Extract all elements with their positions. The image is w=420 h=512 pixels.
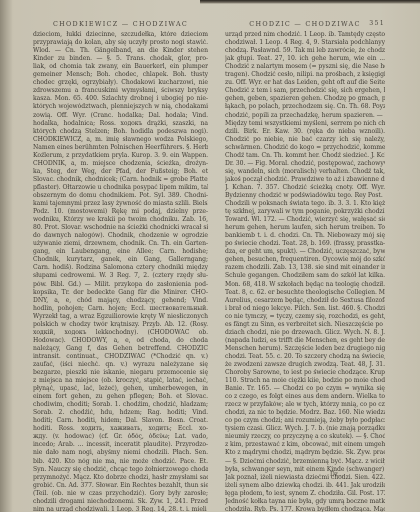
text-line: nie dało nam nogi, abyśmy niemi chodzili… bbox=[33, 449, 208, 457]
text-line: Choroby Sarowne, to iest po świecie chod… bbox=[225, 369, 385, 377]
text-line: Sorab. 2. chodźić, hdu, hdzem; Rag. hodi… bbox=[33, 409, 208, 417]
text-line: dza, er geht um, spukt). — Chodzić, uczę… bbox=[225, 248, 385, 256]
catchword: Dz... bbox=[330, 471, 344, 478]
page-number: 351 bbox=[369, 20, 385, 28]
text-line: Teat. 8, c. 62. er besuchte theologische… bbox=[225, 289, 385, 297]
text-line: bib. 420. Kto nóg nie ma, nie może chodz… bbox=[33, 458, 208, 466]
text-line: Koźlerum, z przydatkiem pryla. Kurop. 3.… bbox=[33, 152, 208, 160]
text-line: Wlod. — Cn. Th. Gängelband, an die Kinde… bbox=[33, 47, 208, 55]
text-line: hoditi. Ross. ходить, хаживать, ходить; … bbox=[33, 425, 208, 433]
text-line: grobić. Cn. Ad. 377. Słowar. Ein Rechtes… bbox=[33, 482, 208, 490]
text-line: gemeiner Mensch; Boh. chodec, chlapek. B… bbox=[33, 71, 208, 79]
text-line: Podz. 10. (mostowemi) Rękę mi podaj, dzi… bbox=[33, 208, 208, 216]
text-line: Kto z mądrymi chodzi, mądrym będzie. Sk.… bbox=[225, 449, 385, 457]
text-line: gang, ein Laubengang, eine Allee; Carn. … bbox=[33, 248, 208, 256]
text-line: gehen, geben, spazieren gehen. Chodzę po… bbox=[225, 95, 385, 103]
text-line: einem fort gehen, zu gehen pflegen; Boh.… bbox=[33, 393, 208, 401]
text-line: była, schwanger seyn, mit einem Kinde (s… bbox=[225, 466, 385, 474]
text-line: Chodzili w poksnach świata tego. ib. 3. … bbox=[225, 200, 385, 208]
text-line: Namen eines berühmten Polnischen Heerfüh… bbox=[33, 144, 208, 152]
text-line: Toward. Wl. 172. — Chodzić, wierzyć się,… bbox=[225, 216, 385, 224]
text-line: nieumiy rzeczy, co przyczynę a co skutek… bbox=[225, 433, 385, 441]
text-line: Bydzienny chodzić w podświadówku tego. R… bbox=[225, 192, 385, 200]
text-line: używanie ziemi, drzewnem, chodnik. Cn. T… bbox=[33, 240, 208, 248]
text-line: z miejsca na miejsce (ob. kroczyć, stąpi… bbox=[33, 377, 208, 385]
text-line: — §. Dziećmi chodzić, brzemienną być. Mą… bbox=[225, 458, 385, 466]
text-line: iżeli synem albo dziewką chodzi. ib. 441… bbox=[225, 482, 385, 490]
text-line: Syn. Nauczy się chodzić, chcąc tego żołn… bbox=[33, 466, 208, 474]
text-line: Jak poznał, iżeli niewiasta dziećmi chod… bbox=[225, 474, 385, 482]
text-line: intransit. continuat., CHODZIWAC (*Chodz… bbox=[33, 353, 208, 361]
text-line: 80. Prot. Slovar. wschodnie na ścieżki c… bbox=[33, 224, 208, 232]
text-line: tysiem czasi. Glicz. Wych. J. 7. b. (nie… bbox=[225, 425, 385, 433]
text-line: Chodź tam. Cn. Th. kommt her. Chodź sied… bbox=[225, 152, 385, 160]
text-line: Chodzić po niebie, nie bać czarzy ich si… bbox=[225, 136, 385, 144]
text-line: hodlin, pohojen; Carn. hojen; Eccl. шест… bbox=[33, 305, 208, 313]
text-line: obszernym do domu chodnikiem. Pot. Syl. … bbox=[33, 192, 208, 200]
text-line: chodzili drogami niechodzonemi. Sk. Żyw.… bbox=[33, 498, 208, 506]
text-line: Wyrzekł tag, a wraz Egzuiliorowie kręty … bbox=[33, 313, 208, 321]
text-line: płynąć, upasć, lać, leżeć), gehen, umher… bbox=[33, 385, 208, 393]
text-line: chodziła. Ryb. Ps. 177. Krowa bydłem cho… bbox=[225, 506, 385, 512]
text-line: zaufać, (iści niechć. qn. v.) wyrazu nal… bbox=[33, 361, 208, 369]
text-line: chodziwał. 1 Leop. 4 Reg. 4, 9. Starsiał… bbox=[225, 39, 385, 47]
right-running-head: CHODZIC — CHODZIWAC bbox=[249, 20, 360, 28]
text-line: жду. (v. hodowac) (cf. Gr. ὁδός, ὁδεύω; … bbox=[33, 433, 208, 441]
text-line: CHODKIEWICZ, a, m. imię sławnego wodza P… bbox=[33, 136, 208, 144]
text-line: co nie tymczy, = tyczy, czemy się, rozch… bbox=[225, 313, 385, 321]
text-line: przyprawiają do kolan, aby się uczyły pr… bbox=[33, 39, 208, 47]
text-line: tragen). Chodzić cesło, nilipi. na prośb… bbox=[225, 71, 385, 79]
text-line: Kinder zu binden. — §. 5. Trans. chodak,… bbox=[33, 55, 208, 63]
text-line: bankiemb t. i. d. chodzi. Cn. Th. Niebow… bbox=[225, 232, 385, 240]
right-running-head-container: CHODZIC — CHODZIWAC 351 bbox=[225, 20, 385, 28]
text-line: zu. Off. Wyr. er hat das Leiden, geht of… bbox=[225, 79, 385, 87]
text-line: ходкій, ходокъ lekkochodny). (CHODOWAC o… bbox=[33, 329, 208, 337]
text-line: których chodzą Stelzen; Boh. hodidla pod… bbox=[33, 128, 208, 136]
text-line: dzili. Birk. Er. Kaw. 30. (ręka do nieba… bbox=[225, 128, 385, 136]
text-line: CHODNIK, a, m. miejsce chodzenia, ścieżk… bbox=[33, 160, 208, 168]
text-line: kasza. Mon. 65. 400. Szlachty drobnej i … bbox=[33, 95, 208, 103]
text-line: bezgarze, pieszki nie iskanie, niegaru p… bbox=[33, 369, 208, 377]
text-line: incedo; Arab. ... incessit, inceratit pl… bbox=[33, 441, 208, 449]
text-line: razem chodzili. Zab. 13, 138. sie sind m… bbox=[225, 264, 385, 272]
text-line: chodzą. Pasławnd. 59. Tak mi leb zawróci… bbox=[225, 47, 385, 55]
text-line: gehen, besuchen, frequentiren. Oycowie m… bbox=[225, 256, 385, 264]
text-line: których województwach, plenniejszych w n… bbox=[33, 103, 208, 111]
text-line: polskich w chodzy twór krątniszy. Przyb.… bbox=[33, 321, 208, 329]
text-line: herum gehen, herum laufen, sich herum tr… bbox=[225, 224, 385, 232]
text-line: dzieciom, łukki dziecinne, szczudełka, k… bbox=[33, 31, 208, 39]
text-line: chodzi. Teat. 55. c. 20. To szczery chod… bbox=[225, 353, 385, 361]
text-line: Dr. 30. — Fig. Moral. chodzić, postępowa… bbox=[225, 160, 385, 168]
left-column: CHODKIEWICZ — CHODZIWAC dzieciom, łukki … bbox=[33, 20, 208, 512]
left-running-head: CHODKIEWICZ — CHODZIWAC bbox=[33, 20, 208, 28]
left-column-text: dzieciom, łukki dziecinne, szczudełka, k… bbox=[33, 31, 208, 512]
text-line: J. Kchan. 7. 357. Chodzić ścieżką cnoty.… bbox=[225, 184, 385, 192]
text-line: tę szkłnej, zarywali w tym poganie, pokr… bbox=[225, 208, 385, 216]
text-line: hodalka, hodalnica; Ross. ходокъ drążki,… bbox=[33, 120, 208, 128]
text-line: DNY, a, e, chód mający, chodzący, gehend… bbox=[33, 297, 208, 305]
text-line: chodec grzęki, ogrzybiały). Chodakowi ku… bbox=[33, 79, 208, 87]
text-line: co z czego, es folgt eines aus dem ander… bbox=[225, 393, 385, 401]
text-line: słupami cedrowemi. W. 3 Reg. 7, 2. (czte… bbox=[33, 272, 208, 280]
text-line: kami tajemnymi przez lasy żywność do mia… bbox=[33, 200, 208, 208]
text-line: Między temi wszystkiemi myśleni, serrem … bbox=[225, 120, 385, 128]
text-line: Menschen herum). Szczęście leden bez dru… bbox=[225, 345, 385, 353]
text-line: Chodzić z tem i sam, przechodzić się, si… bbox=[225, 87, 385, 95]
right-column: CHODZIC — CHODZIWAC 351 urząd przed nim … bbox=[225, 20, 385, 512]
text-line: chodzi, za nic to będzie. Modrz. Baz. 16… bbox=[225, 409, 385, 417]
text-line: Jedność kołka tayna nie była, gdy umrą b… bbox=[225, 498, 385, 506]
text-line: nim na urząd chodziwali. 1 Leop. 3 Reg. … bbox=[33, 506, 208, 512]
text-line: pflaster). Ołtarzowie u chodnika posypać… bbox=[33, 184, 208, 192]
text-line: 110. Strach na moie ciężki kiie, bodzie … bbox=[225, 377, 385, 385]
text-line: chodiwim, choditi; Sorab. 1. chodźim, ch… bbox=[33, 401, 208, 409]
text-line: z kim, przestawać z kim, obcować, mit ei… bbox=[225, 441, 385, 449]
text-line: urząd przed nim chodzić. 1 Leop. ib. Tam… bbox=[225, 31, 385, 39]
text-line: (napada ludzi, es trifft die Menschen, e… bbox=[225, 337, 385, 345]
text-line: chodzić, popili za przechadzkę, herum sp… bbox=[225, 112, 385, 120]
text-line: pów. Bibl. Gd.) — Milit. przykopa do zas… bbox=[33, 281, 208, 289]
text-line: jak głupi. Teat. 27, 10. ich gehe herum,… bbox=[225, 55, 385, 63]
text-line: Aurelius, cesarzem będąc, chodził do Sex… bbox=[225, 297, 385, 305]
text-line: Schule gegangen. Chodziłem sam do szkół … bbox=[225, 272, 385, 280]
text-line: i brał od niego lekcye. Pilch. Sen. list… bbox=[225, 305, 385, 313]
text-line: Slovac. chodnik, chodnicek; (Carn. hodni… bbox=[33, 176, 208, 184]
text-line: es fängt zu Sinn, es verbreitet sich. Ni… bbox=[225, 321, 385, 329]
text-line: łąkach, po polach, przechodzem się. Cn. … bbox=[225, 103, 385, 111]
text-line: kopsika, Tr. der bedeckte Gang für die M… bbox=[33, 289, 208, 297]
text-line: jakoś począł chodzić. Prawdziwe to aż i … bbox=[225, 176, 385, 184]
text-line: zdrowszemu a francuskimi wymysłami, ściw… bbox=[33, 87, 208, 95]
page-edge-shadow bbox=[200, 0, 420, 4]
text-line: co po czym chodzi; ani rozumieją, żeby b… bbox=[225, 417, 385, 425]
text-line: dziach chodzi, nie po drzewach. Glicz. W… bbox=[225, 329, 385, 337]
text-line: Hodowac). CHODOWY, a, e, od choda, do ch… bbox=[33, 337, 208, 345]
text-line: rzecz w przyfaków; ale w tych, którzy mn… bbox=[225, 401, 385, 409]
right-column-text: urząd przed nim chodzić. 1 Leop. ib. Tam… bbox=[225, 31, 385, 512]
text-line: że zwodzeni zawsze drugich zwodzą. Teat.… bbox=[225, 361, 385, 369]
text-line: łęga płodem, to iest, synem Z. chodziła.… bbox=[225, 490, 385, 498]
text-line: do dawnych nałogów). Chodnik, chodzenie … bbox=[33, 232, 208, 240]
book-gutter-shadow bbox=[0, 0, 12, 512]
text-line: ka, Steg, der Weg, der Pfad, der Fußstei… bbox=[33, 168, 208, 176]
text-line: zowią. Off. Wyr. (Cranc. hodalka; Dal. h… bbox=[33, 112, 208, 120]
text-line: przymnożyć. Mącz. Kto dobrze chodzi, has… bbox=[33, 474, 208, 482]
text-line: należący, Gang f, das Gehen betreffend. … bbox=[33, 345, 208, 353]
text-line: hoditi; Carn. hoditi, hidem; Dal. Slavon… bbox=[33, 417, 208, 425]
text-line: Carn. hodiš). Rodzina Salomona cztery ch… bbox=[33, 264, 208, 272]
text-line: wodniku, Którzy we krakii po twoim chodn… bbox=[33, 216, 208, 224]
text-line: się, wandeln, sich (moralisch) verhalten… bbox=[225, 168, 385, 176]
print-speck bbox=[266, 490, 268, 492]
text-line: po świecie chodzi. Teat. 28, b. 169. (fr… bbox=[225, 240, 385, 248]
text-line: Chodzić z nalartym mosem (= pyszni się, … bbox=[225, 63, 385, 71]
text-line: (Teil. (ob. nie w czas przychodzić). Gor… bbox=[33, 490, 208, 498]
text-line: Banie. Tr. 165. — Chodzi co po czym = wy… bbox=[225, 385, 385, 393]
text-line: liak, od chomia tak zwany, ein Bauerkerl… bbox=[33, 63, 208, 71]
text-line: Chodnik, kurytarz, ganek, ein Gang, Gall… bbox=[33, 256, 208, 264]
text-line: schwärmen. Chodzić do kogo = przychodzić… bbox=[225, 144, 385, 152]
text-line: Mon. 68, 418. W szkołach będąc na teolog… bbox=[225, 281, 385, 289]
